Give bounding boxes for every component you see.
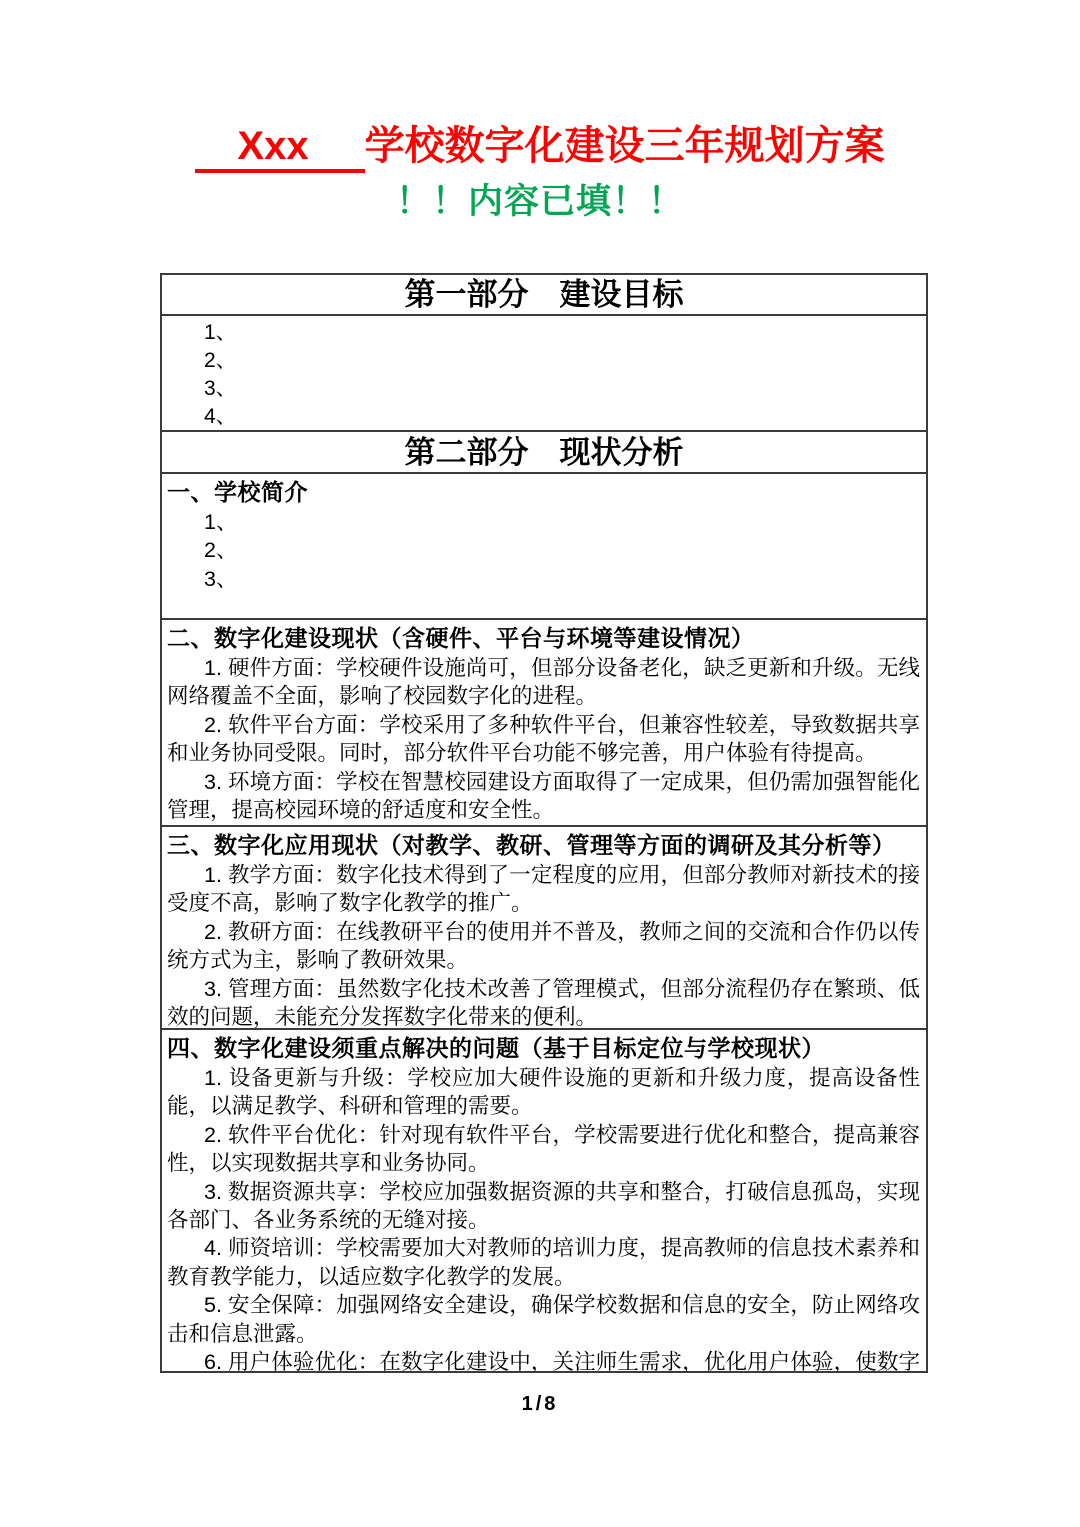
table-row-part1-goals: 1、 2、 3、 4、 [162, 316, 926, 432]
document-header: Xxx学校数字化建设三年规划方案 ！！内容已填！！ [0, 0, 1080, 222]
title-text: 学校数字化建设三年规划方案 [365, 124, 885, 168]
paragraph: 1. 硬件方面：学校硬件设施尚可，但部分设备老化，缺乏更新和升级。无线网络覆盖不… [167, 654, 920, 711]
part1-header-text: 第一部分 建设目标 [405, 279, 684, 310]
paragraph: 3. 数据资源共享：学校应加强数据资源的共享和整合，打破信息孤岛，实现各部门、各… [167, 1178, 920, 1235]
title-blank-line: Xxx [195, 124, 364, 173]
table-row-school-intro: 一、学校简介 1、 2、 3、 [162, 474, 926, 620]
paragraph: 2. 软件平台方面：学校采用了多种软件平台，但兼容性较差，导致数据共享和业务协同… [167, 711, 920, 768]
paragraph: 1. 教学方面：数字化技术得到了一定程度的应用，但部分教师对新技术的接受度不高，… [167, 861, 920, 918]
goal-item: 2、 [204, 347, 918, 375]
table-row-key-problems: 四、数字化建设须重点解决的问题（基于目标定位与学校现状） 1. 设备更新与升级：… [162, 1030, 926, 1371]
table-row-application-status: 三、数字化应用现状（对教学、教研、管理等方面的调研及其分析等） 1. 教学方面：… [162, 827, 926, 1030]
intro-item: 1、 [204, 508, 920, 536]
document-title: Xxx学校数字化建设三年规划方案 [0, 122, 1080, 170]
goal-item: 3、 [204, 375, 918, 403]
paragraph: 3. 环境方面：学校在智慧校园建设方面取得了一定成果，但仍需加强智能化管理，提高… [167, 768, 920, 825]
title-blank-label: Xxx [237, 124, 308, 168]
paragraph: 5. 安全保障：加强网络安全建设，确保学校数据和信息的安全，防止网络攻击和信息泄… [167, 1291, 920, 1348]
table-row-part1-header: 第一部分 建设目标 [162, 275, 926, 316]
paragraph: 3. 管理方面：虽然数字化技术改善了管理模式，但部分流程仍存在繁琐、低效的问题，… [167, 975, 920, 1030]
paragraph: 1. 设备更新与升级：学校应加大硬件设施的更新和升级力度，提高设备性能，以满足教… [167, 1064, 920, 1121]
table-row-construction-status: 二、数字化建设现状（含硬件、平台与环境等建设情况） 1. 硬件方面：学校硬件设施… [162, 620, 926, 827]
paragraph: 6. 用户体验优化：在数字化建设中，关注师生需求，优化用户体验，使数字化设施更 [167, 1348, 920, 1371]
section-heading-construction-status: 二、数字化建设现状（含硬件、平台与环境等建设情况） [167, 623, 920, 654]
part2-header-text: 第二部分 现状分析 [405, 437, 684, 468]
paragraph: 2. 软件平台优化：针对现有软件平台，学校需要进行优化和整合，提高兼容性，以实现… [167, 1121, 920, 1178]
table-row-part2-header: 第二部分 现状分析 [162, 432, 926, 474]
paragraph: 4. 师资培训：学校需要加大对教师的培训力度，提高教师的信息技术素养和教育教学能… [167, 1234, 920, 1291]
section-heading-application-status: 三、数字化应用现状（对教学、教研、管理等方面的调研及其分析等） [167, 830, 920, 861]
section-heading-key-problems: 四、数字化建设须重点解决的问题（基于目标定位与学校现状） [167, 1033, 920, 1064]
paragraph: 2. 教研方面：在线教研平台的使用并不普及，教师之间的交流和合作仍以传统方式为主… [167, 918, 920, 975]
content-filled-notice: ！！内容已填！！ [0, 182, 1080, 222]
goal-item: 4、 [204, 403, 918, 431]
page-number: 1/8 [0, 1392, 1080, 1416]
intro-item: 2、 [204, 536, 920, 564]
plan-table: 第一部分 建设目标 1、 2、 3、 4、 第二部分 现状分析 一、学校简介 1… [160, 273, 928, 1373]
document-page: Xxx学校数字化建设三年规划方案 ！！内容已填！！ 第一部分 建设目标 1、 2… [0, 0, 1080, 1527]
intro-item: 3、 [204, 565, 920, 593]
goal-item: 1、 [204, 319, 918, 347]
section-heading-school-intro: 一、学校简介 [167, 477, 920, 508]
